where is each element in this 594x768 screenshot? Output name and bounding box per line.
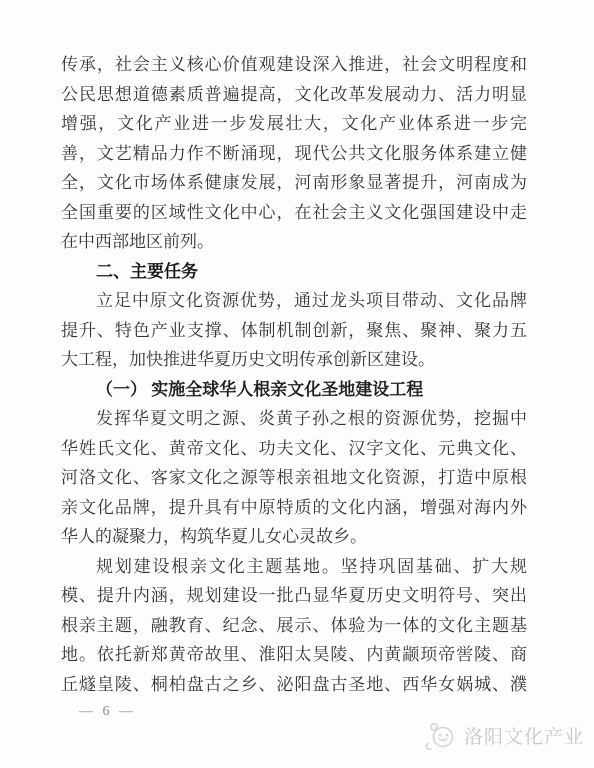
- paragraph: 传承，社会主义核心价值观建设深入推进，社会文明程度和公民思想道德素质普遍提高，文…: [61, 50, 527, 257]
- text-line: 大工程，加快推进华夏历史文明传承创新区建设。: [61, 345, 527, 375]
- text-line: 提升、特色产业支撑、体制机制创新，聚焦、聚神、聚力五: [61, 316, 527, 346]
- text-line: 丘燧皇陵、桐柏盘古之乡、泌阳盘古圣地、西华女娲城、濮: [61, 670, 527, 700]
- text-line: 在中西部地区前列。: [61, 227, 527, 257]
- text-line: 规划建设根亲文化主题基地。坚持巩固基础、扩大规: [61, 552, 527, 582]
- text-line: 善，文艺精品力作不断涌现，现代公共文化服务体系建立健: [61, 139, 527, 169]
- watermark: 洛阳文化产业: [423, 716, 584, 754]
- text-line: 发挥华夏文明之源、炎黄子孙之根的资源优势，挖掘中: [61, 404, 527, 434]
- text-line: （一） 实施全球华人根亲文化圣地建设工程: [61, 375, 527, 405]
- text-line: 全，文化市场体系健康发展，河南形象显著提升，河南成为: [61, 168, 527, 198]
- subsection-heading: （一） 实施全球华人根亲文化圣地建设工程: [61, 375, 527, 405]
- watermark-label: 洛阳文化产业: [464, 722, 584, 749]
- text-line: 亲文化品牌，提升具有中原特质的文化内涵，增强对海内外: [61, 493, 527, 523]
- text-line: 模、提升内涵，规划建设一批凸显华夏历史文明符号、突出: [61, 581, 527, 611]
- text-line: 华姓氏文化、黄帝文化、功夫文化、汉字文化、元典文化、: [61, 434, 527, 464]
- text-line: 全国重要的区域性文化中心，在社会主义文化强国建设中走: [61, 198, 527, 228]
- text-line: 二、主要任务: [61, 257, 527, 287]
- text-line: 传承，社会主义核心价值观建设深入推进，社会文明程度和: [61, 50, 527, 80]
- text-line: 增强，文化产业进一步发展壮大，文化产业体系进一步完: [61, 109, 527, 139]
- paragraph: 立足中原文化资源优势，通过龙头项目带动、文化品牌提升、特色产业支撑、体制机制创新…: [61, 286, 527, 375]
- text-line: 河洛文化、客家文化之源等根亲祖地文化资源，打造中原根: [61, 463, 527, 493]
- mascot-logo-icon: [423, 716, 457, 754]
- paragraph: 发挥华夏文明之源、炎黄子孙之根的资源优势，挖掘中华姓氏文化、黄帝文化、功夫文化、…: [61, 404, 527, 552]
- paragraph: 规划建设根亲文化主题基地。坚持巩固基础、扩大规模、提升内涵，规划建设一批凸显华夏…: [61, 552, 527, 700]
- section-heading: 二、主要任务: [61, 257, 527, 287]
- document-body: 传承，社会主义核心价值观建设深入推进，社会文明程度和公民思想道德素质普遍提高，文…: [61, 50, 527, 699]
- text-line: 立足中原文化资源优势，通过龙头项目带动、文化品牌: [61, 286, 527, 316]
- text-line: 地。依托新郑黄帝故里、淮阳太昊陵、内黄颛顼帝喾陵、商: [61, 640, 527, 670]
- document-page: 传承，社会主义核心价值观建设深入推进，社会文明程度和公民思想道德素质普遍提高，文…: [0, 0, 594, 768]
- text-line: 根亲主题，融教育、纪念、展示、体验为一体的文化主题基: [61, 611, 527, 641]
- text-line: 公民思想道德素质普遍提高，文化改革发展动力、活力明显: [61, 80, 527, 110]
- text-line: 华人的凝聚力，构筑华夏儿女心灵故乡。: [61, 522, 527, 552]
- page-number: — 6 —: [79, 704, 136, 720]
